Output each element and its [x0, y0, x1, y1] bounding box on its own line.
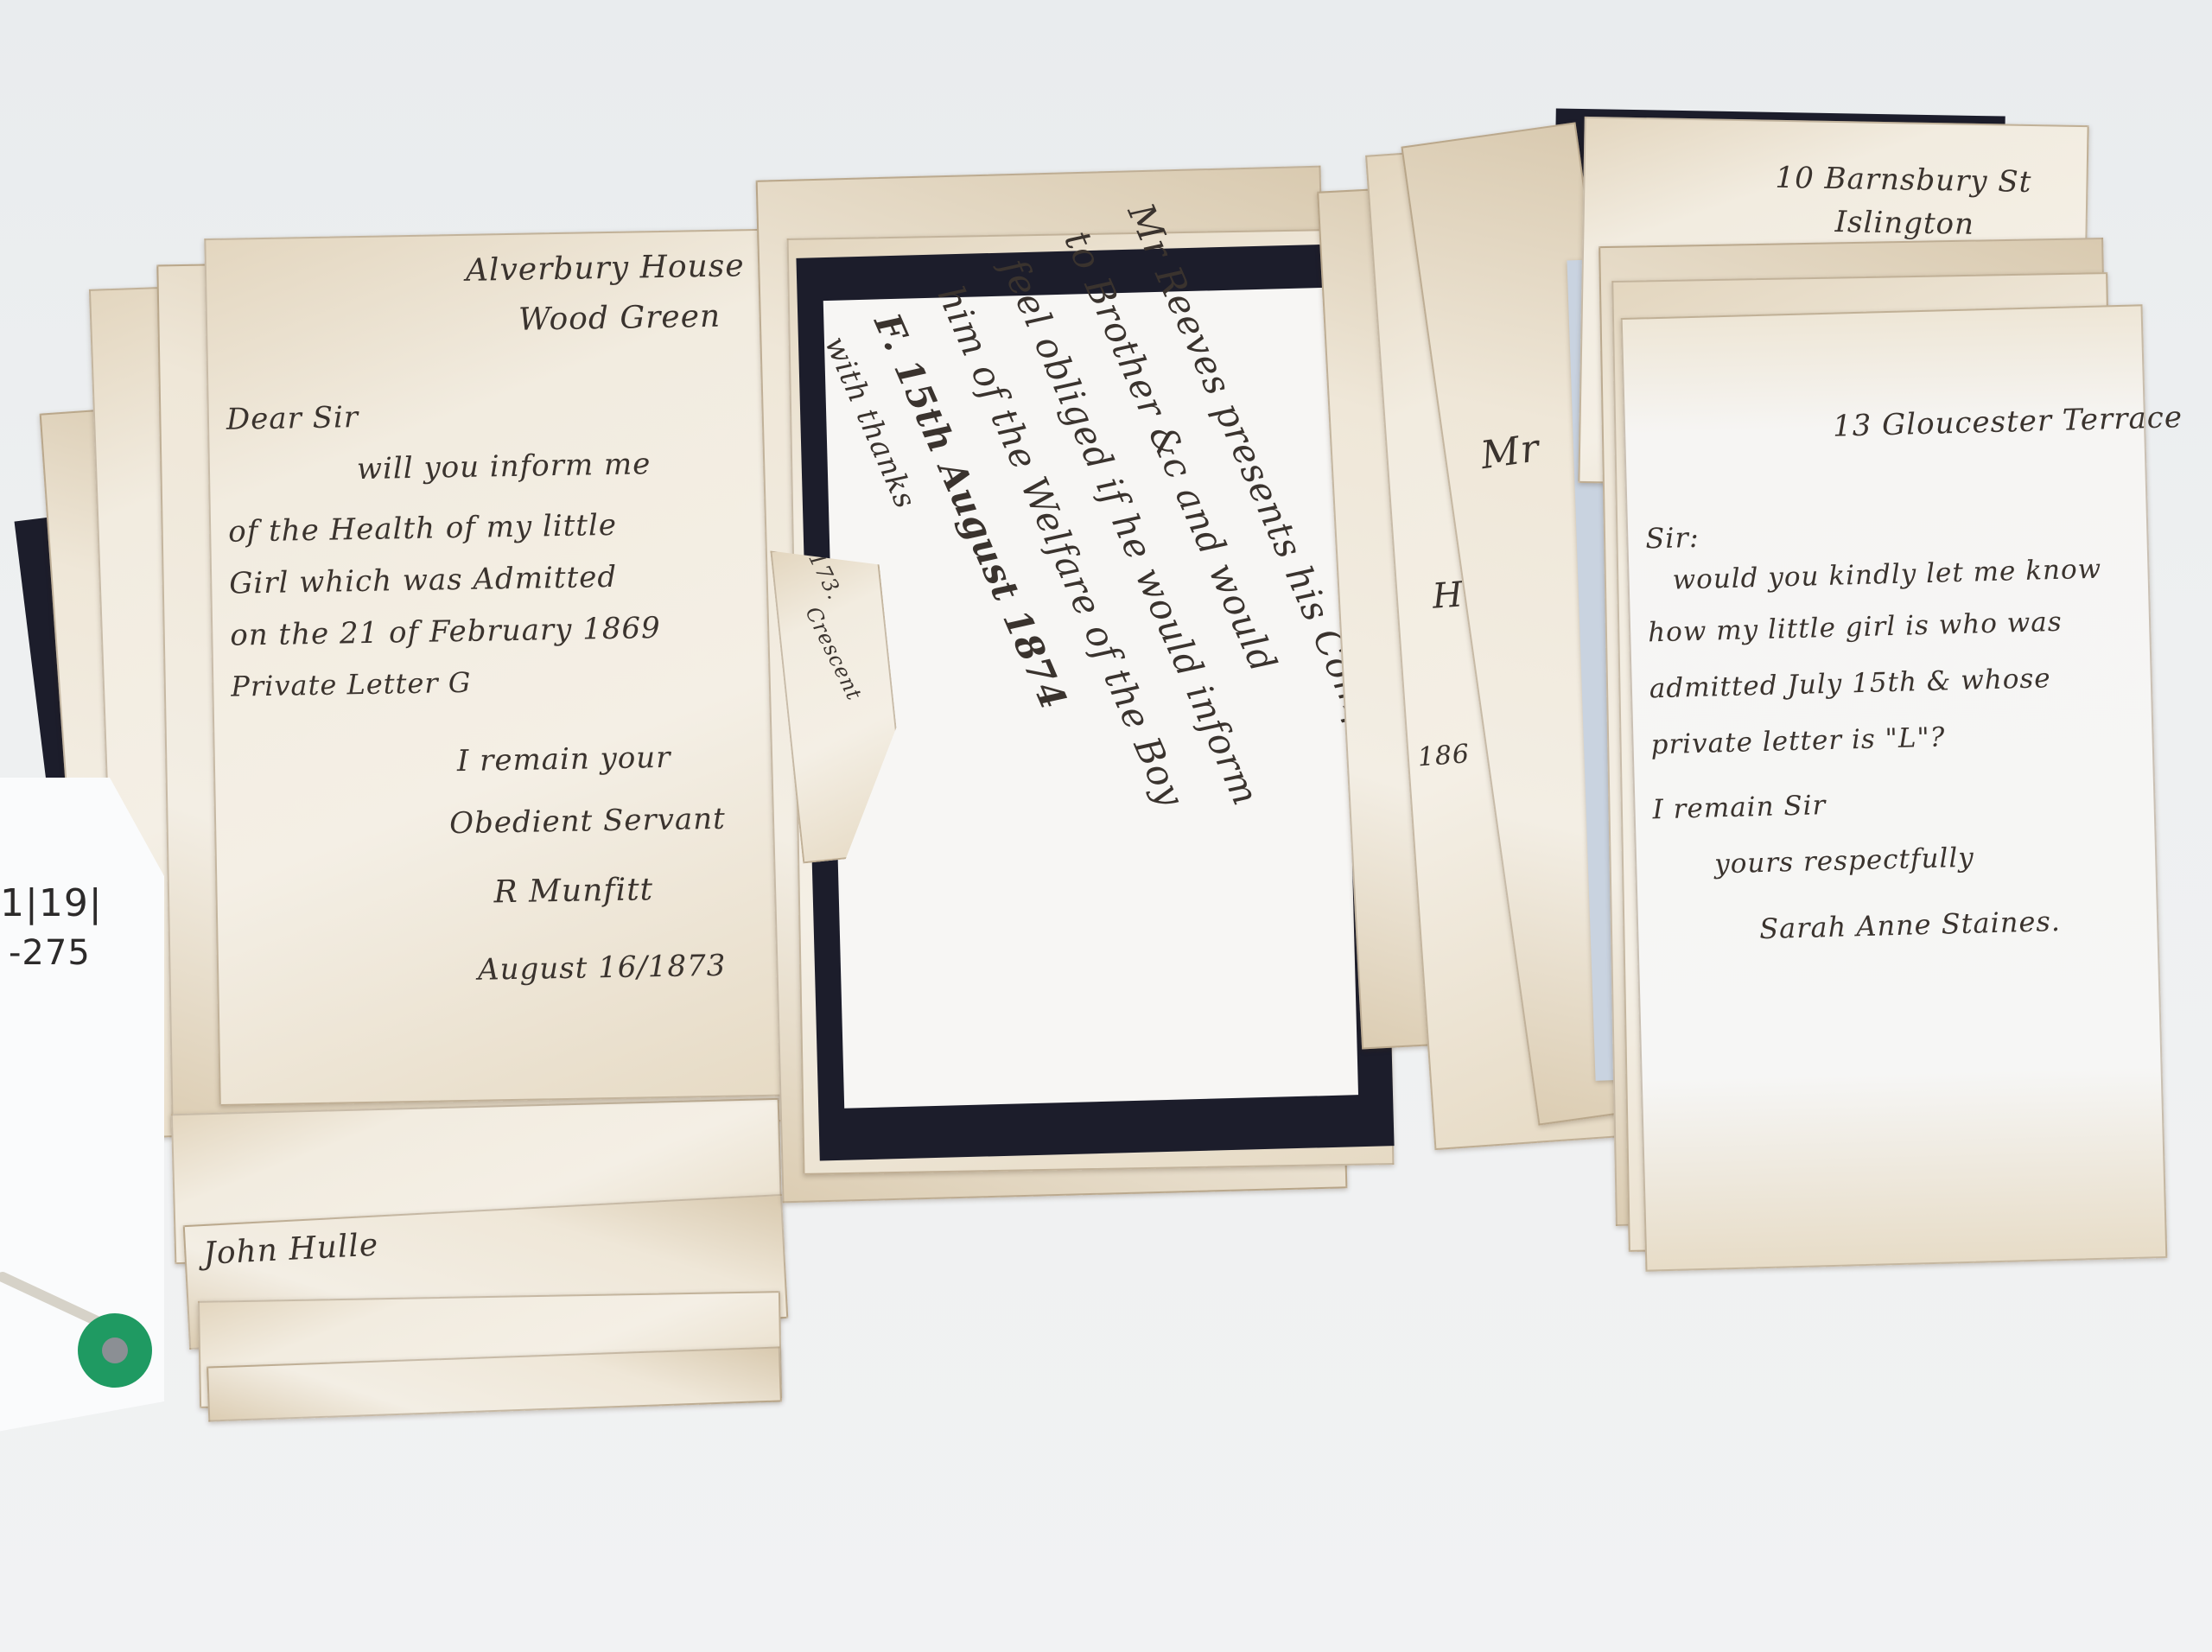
partial-fragment-2: 186 — [1417, 739, 1471, 772]
letter-left-address-2: Wood Green — [518, 299, 721, 338]
letter-left-address-1: Alverbury House — [466, 248, 745, 289]
right-back-address-2: Islington — [1834, 205, 1974, 242]
letter-left-body-1: will you inform me — [357, 447, 652, 486]
letter-left-closing-2: Obedient Servant — [449, 802, 726, 842]
letter-left-signature: R Munfitt — [493, 872, 653, 910]
partial-fragment-1: H — [1431, 575, 1465, 616]
letter-left-date: August 16/1873 — [478, 949, 727, 988]
tag-eyelet — [78, 1313, 152, 1388]
letter-left-body-3: Girl which was Admitted — [229, 560, 618, 601]
right-front-body-3: admitted July 15th & whose — [1649, 663, 2051, 704]
letter-left-body-4: on the 21 of February 1869 — [230, 611, 661, 653]
envelope-name: John Hulle — [202, 1227, 379, 1272]
mourning-card-face: Lower Mitcham Surrey Mr Reeves presents … — [823, 288, 1358, 1109]
right-back-address-1: 10 Barnsbury St — [1775, 161, 2031, 200]
small-note-line-2: Crescent — [800, 603, 867, 705]
right-front-body-2: how my little girl is who was — [1648, 607, 2063, 649]
letter-left-closing: I remain your — [457, 740, 671, 778]
right-front-salutation: Sir: — [1645, 521, 1700, 556]
archive-tag-line-1: 1|19| — [0, 881, 103, 925]
letter-left-salutation: Dear Sir — [226, 400, 359, 437]
letter-left-front: Alverbury House Wood Green Dear Sir will… — [204, 228, 818, 1106]
partial-fragment-mr: Mr — [1478, 426, 1543, 478]
letter-left-body-2: of the Health of my little — [228, 508, 617, 550]
letter-left-body-5: Private Letter G — [231, 666, 472, 703]
letter-right-front: 13 Gloucester Terrace Sir: would you kin… — [1621, 304, 2168, 1271]
archive-tag-line-2: -275 — [9, 933, 91, 973]
right-front-body-4: private letter is "L"? — [1650, 721, 1946, 760]
right-front-address: 13 Gloucester Terrace — [1833, 400, 2183, 444]
tag-eyelet-hole — [102, 1337, 128, 1363]
right-front-closing: I remain Sir — [1652, 790, 1827, 825]
right-front-body-1: would you kindly let me know — [1672, 554, 2101, 596]
right-front-signature: Sarah Anne Staines. — [1759, 905, 2062, 945]
right-front-closing-2: yours respectfully — [1714, 842, 1974, 880]
